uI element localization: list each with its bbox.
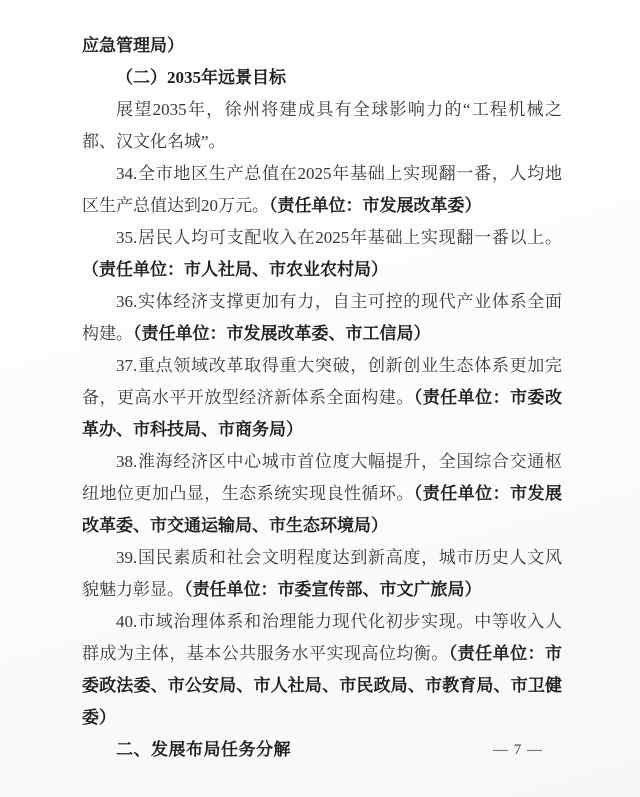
section-heading: 二、发展布局任务分解 (82, 734, 562, 766)
responsible-unit-note: （二）2035年远景目标 (116, 68, 286, 87)
responsible-unit-note: （责任单位：市委宣传部、市文广旅局） (184, 580, 482, 599)
paragraph: 36.实体经济支撑更加有力，自主可控的现代产业体系全面构建。（责任单位：市发展改… (82, 286, 562, 350)
paragraph: 34.全市地区生产总值在2025年基础上实现翻一番，人均地区生产总值达到20万元… (82, 158, 562, 222)
paragraph: 39.国民素质和社会文明程度达到新高度，城市历史人文风貌魅力彰显。（责任单位：市… (82, 542, 562, 606)
paragraph: 40.市域治理体系和治理能力现代化初步实现。中等收入人群成为主体，基本公共服务水… (82, 606, 562, 734)
text-segment: 35.居民人均可支配收入在2025年基础上实现翻一番以上。 (116, 228, 562, 247)
paragraph: 38.淮海经济区中心城市首位度大幅提升，全国综合交通枢纽地位更加凸显，生态系统实… (82, 446, 562, 542)
responsible-unit-note: （责任单位：市发展改革委） (269, 196, 482, 215)
document-page: 应急管理局）（二）2035年远景目标展望2035年，徐州将建成具有全球影响力的“… (0, 0, 640, 797)
responsible-unit-note: （责任单位：市发展改革委、市工信局） (133, 324, 431, 343)
page-number: — 7 — (493, 740, 543, 760)
paragraph: 35.居民人均可支配收入在2025年基础上实现翻一番以上。（责任单位：市人社局、… (82, 222, 562, 286)
responsible-unit-note: 应急管理局） (82, 36, 184, 55)
responsible-unit-note: （责任单位：市人社局、市农业农村局） (82, 260, 388, 279)
responsible-unit-note: 二、发展布局任务分解 (116, 740, 291, 759)
paragraph-continuation: 应急管理局） (82, 30, 562, 62)
paragraph: 展望2035年，徐州将建成具有全球影响力的“工程机械之都、汉文化名城”。 (82, 94, 562, 158)
document-body: 应急管理局）（二）2035年远景目标展望2035年，徐州将建成具有全球影响力的“… (82, 30, 562, 766)
subsection-heading: （二）2035年远景目标 (82, 62, 562, 94)
paragraph: 37.重点领域改革取得重大突破，创新创业生态体系更加完备，更高水平开放型经济新体… (82, 350, 562, 446)
text-segment: 展望2035年，徐州将建成具有全球影响力的“工程机械之都、汉文化名城”。 (82, 100, 562, 151)
